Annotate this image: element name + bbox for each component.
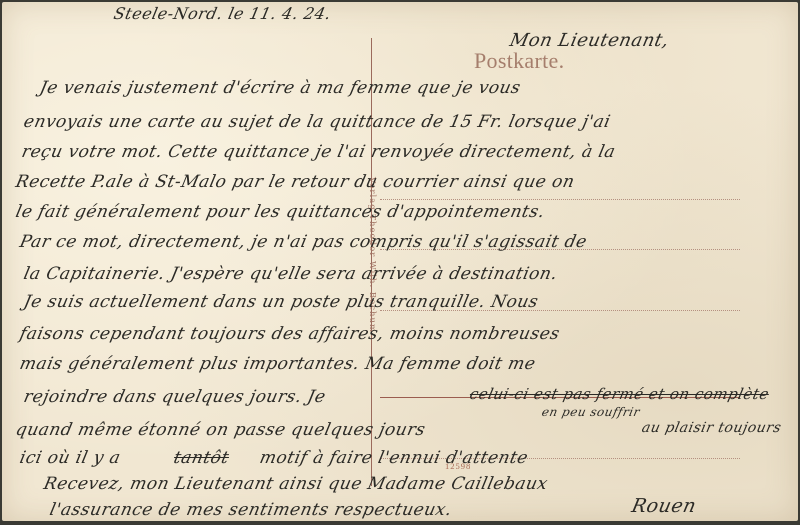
inserted-text: en peu souffrir (541, 405, 642, 419)
signature: Rouen (630, 495, 699, 517)
closing-line: Recevez, mon Lieutenant ainsi que Madame… (42, 474, 550, 494)
place-date: Steele-Nord. le 11. 4. 24. (112, 4, 333, 23)
letter-line: motif à faire l'ennui d'attente (258, 448, 530, 468)
inserted-text: au plaisir toujours (640, 420, 783, 436)
letter-line: reçu votre mot. Cette quittance je l'ai … (20, 142, 618, 162)
letter-line: rejoindre dans quelques jours. Je (22, 387, 328, 407)
postcard: Verlag Theodor Wilh. Bochum Postkarte. 1… (2, 2, 798, 521)
struck-text: celui-ci est pas fermé et on complète (468, 385, 771, 403)
letter-line: faisons cependant toujours des affaires,… (18, 324, 562, 344)
letter-line: mais généralement plus importantes. Ma f… (18, 354, 538, 374)
letter-line: quand même étonné on passe quelques jour… (14, 420, 427, 440)
letter-line: envoyais une carte au sujet de la quitta… (22, 112, 612, 132)
postcard-title: Postkarte. (474, 48, 564, 74)
letter-line: Je suis actuellement dans un poste plus … (22, 292, 540, 312)
letter-line: ici où il y a (18, 448, 123, 468)
letter-line: Par ce mot, directement, je n'ai pas com… (18, 232, 589, 252)
letter-line: le fait généralement pour les quittances… (14, 202, 547, 222)
letter-line: Je venais justement d'écrire à ma femme … (38, 78, 523, 98)
letter-line: la Capitainerie. J'espère qu'elle sera a… (22, 264, 560, 284)
struck-text: tantôt (172, 448, 231, 468)
salutation: Mon Lieutenant, (508, 30, 671, 51)
address-line (380, 199, 740, 200)
letter-line: Recette P.ale à St-Malo par le retour du… (14, 172, 577, 192)
closing-line: l'assurance de mes sentiments respectueu… (48, 500, 454, 520)
